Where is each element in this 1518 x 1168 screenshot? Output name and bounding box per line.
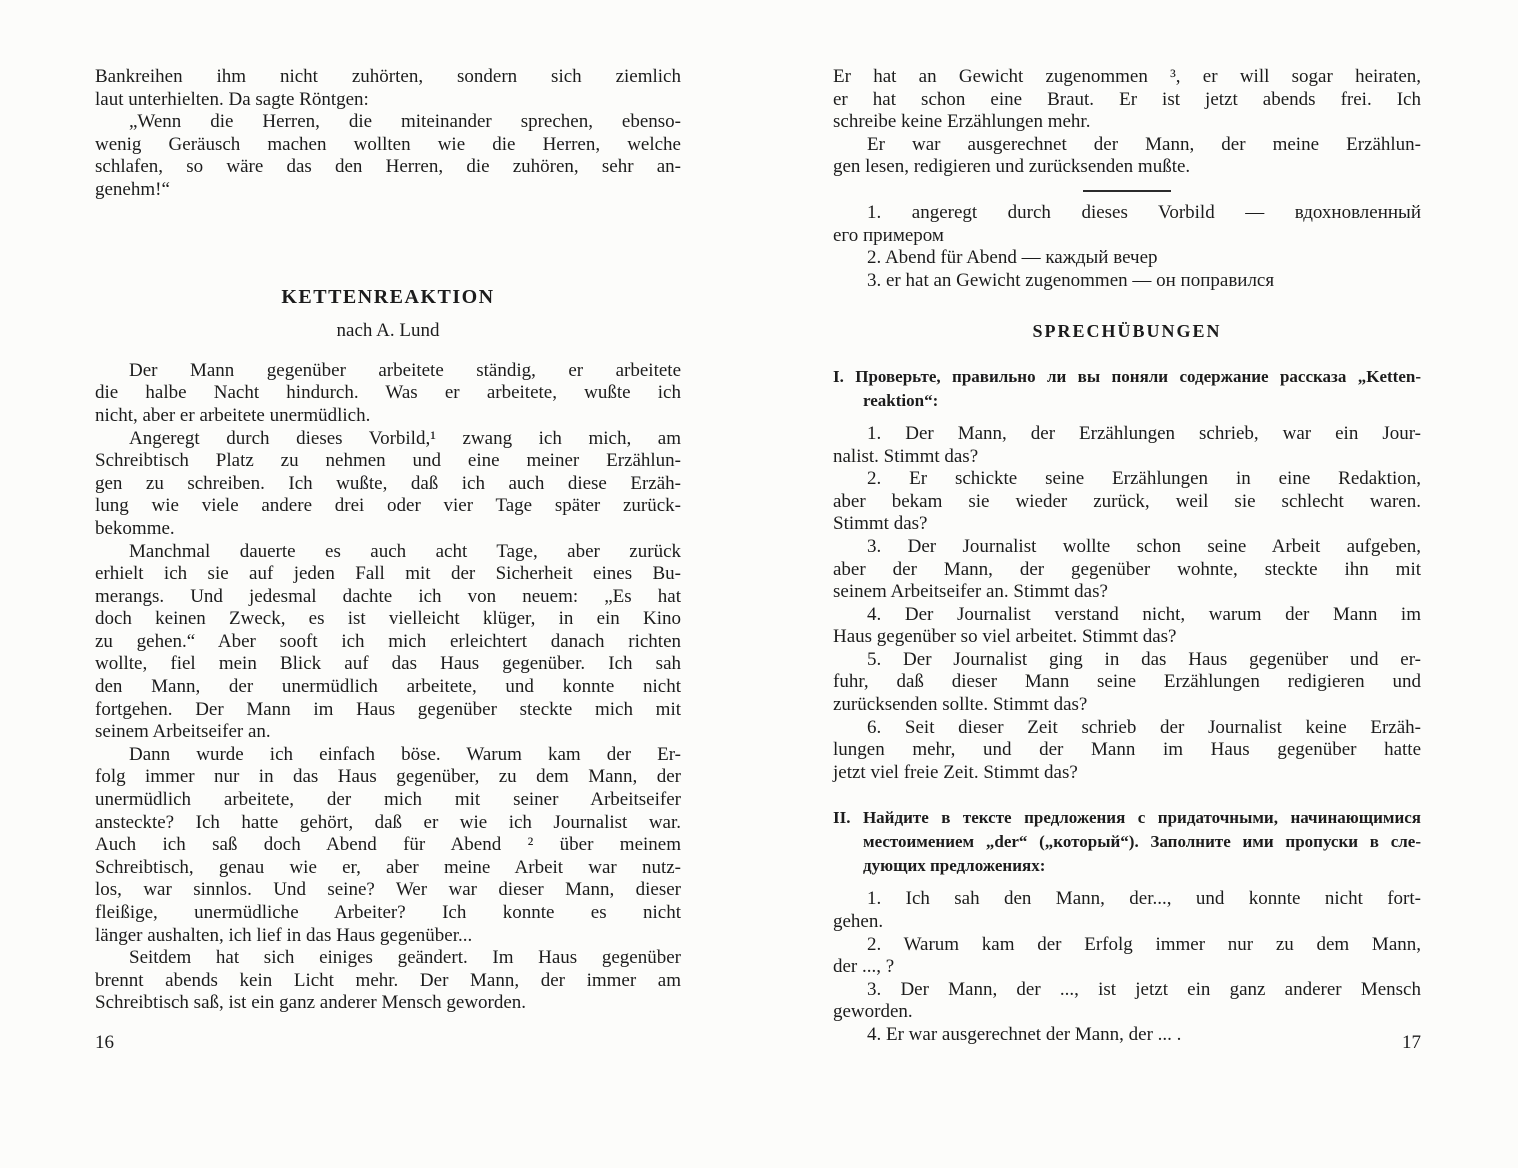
text-line: 2. Warum kam der Erfolg immer nur zu dem… bbox=[833, 934, 1421, 957]
text-line: merangs. Und jedesmal dachte ich von neu… bbox=[95, 586, 681, 609]
text-line: aber bekam sie wieder zurück, weil sie s… bbox=[833, 491, 1421, 514]
text-line: gen zu schreiben. Ich wußte, daß ich auc… bbox=[95, 473, 681, 496]
exercise-item: 3. Der Mann, der ..., ist jetzt ein ganz… bbox=[833, 979, 1421, 1024]
text-line: „Wenn die Herren, die miteinander sprech… bbox=[95, 111, 681, 134]
exercise-2-items: 1. Ich sah den Mann, der..., und konnte … bbox=[833, 888, 1421, 1046]
text-line: der ..., ? bbox=[833, 956, 1421, 979]
text-line: 1. Ich sah den Mann, der..., und konnte … bbox=[833, 888, 1421, 911]
right-top-fragment: Er hat an Gewicht zugenommen ³, er will … bbox=[833, 66, 1421, 134]
text-line: Er war ausgerechnet der Mann, der meine … bbox=[833, 134, 1421, 157]
text-line: lung wie viele andere drei oder vier Tag… bbox=[95, 495, 681, 518]
text-line: fleißige, unermüdliche Arbeiter? Ich kon… bbox=[95, 902, 681, 925]
text-line: wollte, fiel mein Blick auf das Haus geg… bbox=[95, 653, 681, 676]
exercise-1-items: 1. Der Mann, der Erzählungen schrieb, wa… bbox=[833, 423, 1421, 785]
text-line: zu gehen.“ Aber sooft ich mich erleichte… bbox=[95, 631, 681, 654]
text-line: brennt abends kein Licht mehr. Der Mann,… bbox=[95, 970, 681, 993]
page-number-right: 17 bbox=[833, 1032, 1421, 1054]
text-line: seinem Arbeitseifer an. bbox=[95, 721, 681, 744]
exercise-item: 4. Der Journalist verstand nicht, warum … bbox=[833, 604, 1421, 649]
text-line: 5. Der Journalist ging in das Haus gegen… bbox=[833, 649, 1421, 672]
story-paragraph: Manchmal dauerte es auch acht Tage, aber… bbox=[95, 541, 681, 744]
text-line: Schreibtisch saß, ist ein ganz anderer M… bbox=[95, 992, 681, 1015]
text-line: nicht, aber er arbeitete unermüdlich. bbox=[95, 405, 681, 428]
text-line: laut unterhielten. Da sagte Röntgen: bbox=[95, 89, 681, 112]
text-line: Stimmt das? bbox=[833, 513, 1421, 536]
story-paragraph: Der Mann gegenüber arbeitete ständig, er… bbox=[95, 360, 681, 428]
left-top-fragment: Bankreihen ihm nicht zuhörten, sondern s… bbox=[95, 66, 681, 111]
exercise-item: 6. Seit dieser Zeit schrieb der Journali… bbox=[833, 717, 1421, 785]
footnote-separator-rule bbox=[1083, 190, 1171, 192]
footnotes: 1. angeregt durch dieses Vorbild — вдохн… bbox=[833, 202, 1421, 292]
text-line: 4. Der Journalist verstand nicht, warum … bbox=[833, 604, 1421, 627]
text-line: 3. er hat an Gewicht zugenommen — он поп… bbox=[833, 270, 1421, 293]
text-line: Schreibtisch, genau wie er, aber meine A… bbox=[95, 857, 681, 880]
exercise-1-header: I. Проверьте, правильно ли вы поняли сод… bbox=[833, 365, 1421, 413]
exercise-2: II. Найдите в тексте предложения с прида… bbox=[833, 806, 1421, 1046]
text-line: 1. Der Mann, der Erzählungen schrieb, wa… bbox=[833, 423, 1421, 446]
exercise-2-header: II. Найдите в тексте предложения с прида… bbox=[833, 806, 1421, 878]
text-line: Haus gegenüber so viel arbeitet. Stimmt … bbox=[833, 626, 1421, 649]
text-line: länger aushalten, ich lief in das Haus g… bbox=[95, 925, 681, 948]
text-line: schreibe keine Erzählungen mehr. bbox=[833, 111, 1421, 134]
text-line: schlafen, so wäre das den Herren, die zu… bbox=[95, 156, 681, 179]
exercise-1: I. Проверьте, правильно ли вы поняли сод… bbox=[833, 365, 1421, 785]
text-line: geworden. bbox=[833, 1001, 1421, 1024]
text-line: fortgehen. Der Mann im Haus gegenüber st… bbox=[95, 699, 681, 722]
story-title: KETTENREAKTION bbox=[95, 286, 681, 309]
exercise-item: 3. Der Journalist wollte schon seine Arb… bbox=[833, 536, 1421, 604]
exercise-item: 2. Er schickte seine Erzählungen in eine… bbox=[833, 468, 1421, 536]
text-line: reaktion“: bbox=[833, 389, 1421, 413]
exercise-item: 5. Der Journalist ging in das Haus gegen… bbox=[833, 649, 1421, 717]
story-byline: nach A. Lund bbox=[95, 320, 681, 343]
text-line: unermüdlich arbeitete, der mich mit sein… bbox=[95, 789, 681, 812]
section-heading: SPRECHÜBUNGEN bbox=[833, 320, 1421, 343]
text-line: erhielt ich sie auf jeden Fall mit der S… bbox=[95, 563, 681, 586]
story-paragraph: Dann wurde ich einfach böse. Warum kam d… bbox=[95, 744, 681, 947]
text-line: I. Проверьте, правильно ли вы поняли сод… bbox=[833, 365, 1421, 389]
right-page: Er hat an Gewicht zugenommen ³, er will … bbox=[833, 66, 1421, 1047]
text-line: zurücksenden sollte. Stimmt das? bbox=[833, 694, 1421, 717]
text-line: Bankreihen ihm nicht zuhörten, sondern s… bbox=[95, 66, 681, 89]
text-line: Der Mann gegenüber arbeitete ständig, er… bbox=[95, 360, 681, 383]
text-line: его примером bbox=[833, 225, 1421, 248]
text-line: seinem Arbeitseifer an. Stimmt das? bbox=[833, 581, 1421, 604]
text-line: gehen. bbox=[833, 911, 1421, 934]
text-line: 1. angeregt durch dieses Vorbild — вдохн… bbox=[833, 202, 1421, 225]
text-line: gen lesen, redigieren und zurücksenden m… bbox=[833, 156, 1421, 179]
footnote: 1. angeregt durch dieses Vorbild — вдохн… bbox=[833, 202, 1421, 247]
text-line: Schreibtisch Platz zu nehmen und eine me… bbox=[95, 450, 681, 473]
text-line: Manchmal dauerte es auch acht Tage, aber… bbox=[95, 541, 681, 564]
story-paragraph: Angeregt durch dieses Vorbild,¹ zwang ic… bbox=[95, 428, 681, 541]
exercise-item: 2. Warum kam der Erfolg immer nur zu dem… bbox=[833, 934, 1421, 979]
story-body: Der Mann gegenüber arbeitete ständig, er… bbox=[95, 360, 681, 1015]
text-line: lungen mehr, und der Mann im Haus gegenü… bbox=[833, 739, 1421, 762]
text-line: los, war sinnlos. Und seine? Wer war die… bbox=[95, 879, 681, 902]
text-line: jetzt viel freie Zeit. Stimmt das? bbox=[833, 762, 1421, 785]
text-line: II. Найдите в тексте предложения с прида… bbox=[833, 806, 1421, 830]
text-line: Dann wurde ich einfach böse. Warum kam d… bbox=[95, 744, 681, 767]
text-line: 2. Abend für Abend — каждый вечер bbox=[833, 247, 1421, 270]
page-number-left: 16 bbox=[95, 1032, 114, 1054]
text-line: Auch ich saß doch Abend für Abend ² über… bbox=[95, 834, 681, 857]
text-line: nalist. Stimmt das? bbox=[833, 446, 1421, 469]
text-line: 6. Seit dieser Zeit schrieb der Journali… bbox=[833, 717, 1421, 740]
text-line: местоимением „der“ („который“). Заполнит… bbox=[833, 830, 1421, 854]
text-line: die halbe Nacht hindurch. Was er arbeite… bbox=[95, 382, 681, 405]
text-line: 3. Der Mann, der ..., ist jetzt ein ganz… bbox=[833, 979, 1421, 1002]
text-line: wenig Geräusch machen wollten wie die He… bbox=[95, 134, 681, 157]
text-line: Er hat an Gewicht zugenommen ³, er will … bbox=[833, 66, 1421, 89]
text-line: дующих предложениях: bbox=[833, 854, 1421, 878]
footnote: 2. Abend für Abend — каждый вечер bbox=[833, 247, 1421, 270]
left-quote-paragraph: „Wenn die Herren, die miteinander sprech… bbox=[95, 111, 681, 201]
text-line: fuhr, daß dieser Mann seine Erzählungen … bbox=[833, 671, 1421, 694]
text-line: Angeregt durch dieses Vorbild,¹ zwang ic… bbox=[95, 428, 681, 451]
text-line: 3. Der Journalist wollte schon seine Arb… bbox=[833, 536, 1421, 559]
left-page: Bankreihen ihm nicht zuhörten, sondern s… bbox=[95, 66, 681, 1015]
text-line: Seitdem hat sich einiges geändert. Im Ha… bbox=[95, 947, 681, 970]
text-line: folg immer nur in das Haus gegenüber, zu… bbox=[95, 766, 681, 789]
exercise-item: 1. Der Mann, der Erzählungen schrieb, wa… bbox=[833, 423, 1421, 468]
text-line: bekomme. bbox=[95, 518, 681, 541]
exercise-item: 1. Ich sah den Mann, der..., und konnte … bbox=[833, 888, 1421, 933]
text-line: den Mann, der unermüdlich arbeitete, und… bbox=[95, 676, 681, 699]
text-line: er hat schon eine Braut. Er ist jetzt ab… bbox=[833, 89, 1421, 112]
text-line: doch keinen Zweck, es ist vielleicht klü… bbox=[95, 608, 681, 631]
text-line: genehm!“ bbox=[95, 179, 681, 202]
story-paragraph: Seitdem hat sich einiges geändert. Im Ha… bbox=[95, 947, 681, 1015]
text-line: 2. Er schickte seine Erzählungen in eine… bbox=[833, 468, 1421, 491]
text-line: ansteckte? Ich hatte gehört, daß er wie … bbox=[95, 812, 681, 835]
footnote: 3. er hat an Gewicht zugenommen — он поп… bbox=[833, 270, 1421, 293]
right-second-paragraph: Er war ausgerechnet der Mann, der meine … bbox=[833, 134, 1421, 179]
text-line: aber der Mann, der gegenüber wohnte, ste… bbox=[833, 559, 1421, 582]
